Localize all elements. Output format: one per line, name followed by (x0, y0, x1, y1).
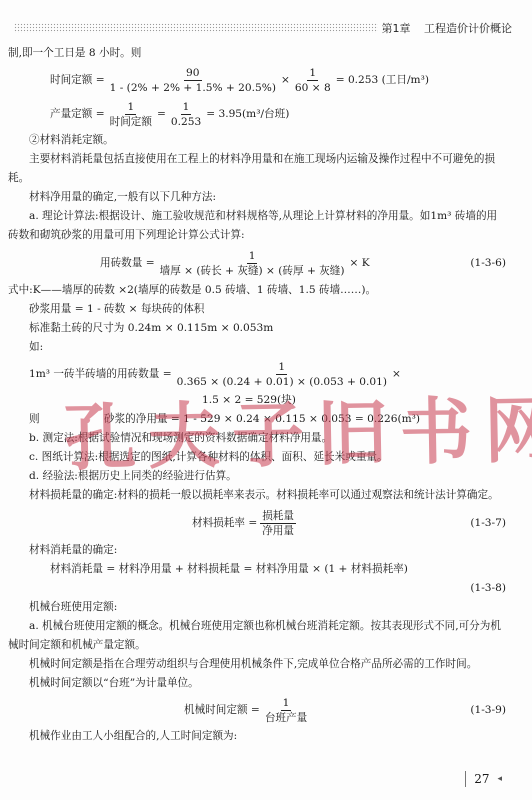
chapter-title: 工程造价计价概论 (424, 22, 512, 35)
formula-rhs: × K (350, 254, 370, 273)
formula-lhs: 机械时间定额 = (184, 701, 260, 720)
numerator: 1 (181, 100, 192, 115)
paragraph: 机械时间定额是指在合理劳动组织与合理使用机械条件下,完成单位合格产品所必需的工作… (8, 655, 506, 674)
paragraph: b. 测定法:根据试验情况和现场测定的资料数据确定材料净用量。 (8, 429, 506, 448)
formula-lhs: 材料损耗率 = (192, 514, 257, 533)
equation-number: (1-3-7) (470, 514, 506, 533)
equation-number: (1-3-6) (470, 254, 506, 273)
numerator: 1 (307, 66, 318, 81)
denominator: 0.253 (169, 115, 203, 129)
page-body: 制,即一个工日是 8 小时。则 时间定额 = 901 - (2% + 2% + … (8, 44, 506, 746)
formula-time-quota: 时间定额 = 901 - (2% + 2% + 1.5% + 20.5%) × … (8, 63, 506, 97)
formula-1-3-9: 机械时间定额 = 1台班产量 (1-3-9) (8, 693, 506, 727)
paragraph: c. 图纸计算法:根据选定的图纸,计算各种材料的体积、面积、延长米或重量。 (8, 448, 506, 467)
formula-lhs: 时间定额 = (50, 71, 105, 90)
section-heading: ②材料消耗定额。 (8, 131, 506, 150)
formula-output-quota: 产量定额 = 1时间定额 = 10.253 = 3.95(m³/台班) (8, 97, 506, 131)
numerator: 1 (125, 100, 136, 115)
denominator: 墙厚 × (砖长 + 灰缝) × (砖厚 + 灰缝) (158, 264, 347, 278)
dotted-rule (14, 23, 378, 33)
chapter-heading: 第1章 工程造价计价概论 (382, 20, 513, 36)
paragraph: 机械作业由工人小组配合的,人工时间定额为: (8, 727, 506, 746)
operator: × (392, 365, 401, 384)
denominator: 1 - (2% + 2% + 1.5% + 20.5%) (108, 81, 278, 95)
numerator: 损耗量 (260, 509, 296, 524)
paragraph: 机械台班使用定额: (8, 598, 506, 617)
fraction: 10.365 × (0.24 + 0.01) × (0.053 + 0.01) (175, 360, 389, 389)
paragraph: 如: (8, 338, 506, 357)
fraction: 1台班产量 (263, 696, 309, 725)
paragraph: a. 理论计算法:根据设计、施工验收规范和材料规格等,从理论上计算材料的净用量。… (8, 207, 506, 245)
denominator: 0.365 × (0.24 + 0.01) × (0.053 + 0.01) (175, 375, 389, 389)
chapter-number: 第1章 (382, 22, 411, 35)
formula-1-3-7: 材料损耗率 = 损耗量净用量 (1-3-7) (8, 505, 506, 541)
paragraph: 机械时间定额以“台班”为计量单位。 (8, 674, 506, 693)
equation-number: (1-3-9) (470, 701, 506, 720)
numerator: 1 (281, 696, 292, 711)
formula-lhs: 1m³ 一砖半砖墙的用砖数量 = (29, 365, 172, 384)
fraction: 1墙厚 × (砖长 + 灰缝) × (砖厚 + 灰缝) (158, 249, 347, 278)
paragraph: a. 机械台班使用定额的概念。机械台班使用定额也称机械台班消耗定额。按其表现形式… (8, 617, 506, 655)
paragraph: 制,即一个工日是 8 小时。则 (8, 44, 506, 63)
numerator: 90 (184, 66, 201, 81)
page-footer: 27 ◂ (465, 771, 502, 787)
denominator: 台班产量 (263, 711, 309, 725)
paragraph: d. 经验法:根据历史上同类的经验进行估算。 (8, 467, 506, 486)
formula-rhs: = 3.95(m³/台班) (206, 105, 289, 124)
formula-lead: 则 (29, 410, 104, 429)
formula-lhs: 产量定额 = (50, 105, 105, 124)
paragraph: 标准黏土砖的尺寸为 0.24m × 0.115m × 0.053m (8, 319, 506, 338)
running-header: 第1章 工程造价计价概论 (14, 22, 512, 34)
paragraph: 材料损耗量的确定:材料的损耗一般以损耗率来表示。材料损耗率可以通过观察法和统计法… (8, 486, 506, 505)
formula-1-3-6: 用砖数量 = 1墙厚 × (砖长 + 灰缝) × (砖厚 + 灰缝) × K (… (8, 245, 506, 281)
fraction: 1时间定额 (108, 100, 154, 129)
fraction: 损耗量净用量 (260, 509, 296, 538)
equation-number: (1-3-8) (8, 579, 506, 598)
formula-mortar: 则 砂浆的净用量 = 1 - 529 × 0.24 × 0.115 × 0.05… (8, 410, 506, 429)
formula-lhs: 用砖数量 = (100, 254, 155, 273)
paragraph: 主要材料消耗量包括直接使用在工程上的材料净用量和在施工现场内运输及操作过程中不可… (8, 150, 506, 188)
formula-text: 砂浆的净用量 = 1 - 529 × 0.24 × 0.115 × 0.053 … (104, 410, 420, 429)
paragraph: 材料消耗量的确定: (8, 541, 506, 560)
paragraph: 砂浆用量 = 1 - 砖数 × 每块砖的体积 (8, 300, 506, 319)
paragraph: 式中:K——墙厚的砖数 ×2(墙厚的砖数是 0.5 砖墙、1 砖墙、1.5 砖墙… (8, 281, 506, 300)
numerator: 1 (247, 249, 258, 264)
operator: = (157, 105, 166, 124)
formula-rhs: = 0.253 (工日/m³) (336, 71, 429, 90)
formula-1-3-8: 材料消耗量 = 材料净用量 + 材料损耗量 = 材料净用量 × (1 + 材料损… (8, 560, 506, 579)
divider (465, 771, 466, 787)
page-number: 27 (474, 772, 489, 786)
denominator: 时间定额 (108, 115, 154, 129)
numerator: 1 (276, 360, 287, 375)
formula-brick-count: 1m³ 一砖半砖墙的用砖数量 = 10.365 × (0.24 + 0.01) … (8, 357, 506, 391)
fraction: 901 - (2% + 2% + 1.5% + 20.5%) (108, 66, 278, 95)
paragraph: 材料净用量的确定,一般有以下几种方法: (8, 188, 506, 207)
denominator: 净用量 (260, 524, 296, 538)
formula-continuation: 1.5 × 2 = 529(块) (8, 391, 506, 410)
fraction: 160 × 8 (293, 66, 333, 95)
denominator: 60 × 8 (293, 81, 333, 95)
page-marker-icon: ◂ (497, 774, 502, 784)
fraction: 10.253 (169, 100, 203, 129)
operator: × (281, 71, 290, 90)
